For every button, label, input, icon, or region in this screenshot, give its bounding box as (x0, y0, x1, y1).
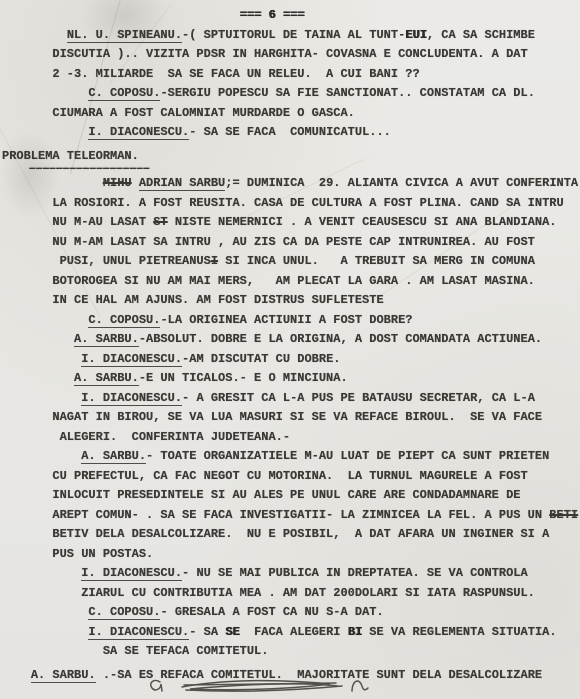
text-line: BOTOROGEA SI NU AM MAI MERS, AM PLECAT L… (2, 272, 580, 292)
text-line: 2 -3. MILIARDE SA SE FACA UN RELEU. A CU… (2, 65, 580, 85)
text-run (2, 605, 88, 619)
text-run: NU M-AU LASAT (2, 215, 153, 229)
text-run: NU M-AM LASAT SA INTRU , AU ZIS CA DA PE… (2, 235, 535, 249)
speaker-name: C. COPOSU. (88, 86, 160, 101)
text-run: PROBLEMA TELEORMAN. (2, 149, 139, 163)
text-line: MIHU ADRIAN SARBU;= DUMINICA 29. ALIANTA… (2, 174, 580, 194)
struck-text: BETI (549, 508, 578, 522)
text-run (2, 176, 103, 190)
text-line: NU M-AM LASAT SA INTRU , AU ZIS CA DA PE… (2, 233, 580, 253)
text-run: LA ROSIORI. A FOST REUSITA. CASA DE CULT… (2, 196, 564, 210)
text-run: -LA ORIGINEA ACTIUNII A FOST DOBRE? (160, 313, 412, 327)
text-run: INLOCUIT PRESEDINTELE SI AU ALES PE UNUL… (2, 488, 520, 502)
text-run: -ABSOLUT. DOBRE E LA ORIGINA, A DOST COM… (139, 332, 542, 346)
speaker-name: I. DIACONESCU. (81, 352, 182, 367)
speaker-name: I. DIACONESCU. (88, 125, 189, 140)
text-run: - SA SE FACA COMUNICATUL... (189, 125, 391, 139)
speaker-name: NL. U. SPINEANU. (67, 28, 182, 43)
text-run: FACA ALEGERI (240, 625, 348, 639)
text-run: CU PREFECTUL, CA FAC NEGOT CU MOTORINA. … (2, 469, 528, 483)
text-line: A. SARBU.-E UN TICALOS.- E O MINCIUNA. (2, 369, 580, 389)
text-run: -( SPTUITORUL DE TAINA AL TUNT- (182, 28, 405, 42)
overstruck-text: BI (348, 625, 362, 639)
text-line: CIUMARA A FOST CALOMNIAT MURDARDE O GASC… (2, 104, 580, 124)
text-line: SA SE TEFACA COMITETUL. (2, 642, 580, 662)
text-run: - NU SE MAI PUBLICA IN DREPTATEA. SE VA … (182, 566, 528, 580)
text-run (2, 391, 81, 405)
text-run: IN CE HAL AM AJUNS. AM FOST DISTRUS SUFL… (2, 293, 384, 307)
text-line: DISCUTIA ).. VIZITA PDSR IN HARGHITA- CO… (2, 45, 580, 65)
text-run (2, 449, 81, 463)
text-run (2, 125, 88, 139)
text-line: IN CE HAL AM AJUNS. AM FOST DISTRUS SUFL… (2, 291, 580, 311)
text-run (2, 86, 88, 100)
text-run: ================== (2, 166, 149, 174)
handwritten-scribble (0, 670, 580, 699)
text-line: LA ROSIORI. A FOST REUSITA. CASA DE CULT… (2, 194, 580, 214)
text-run (2, 352, 81, 366)
text-run: BOTOROGEA SI NU AM MAI MERS, AM PLECAT L… (2, 274, 535, 288)
text-line: NL. U. SPINEANU.-( SPTUITORUL DE TAINA A… (2, 26, 580, 46)
text-line: PUS UN POSTAS. (2, 545, 580, 565)
text-run (2, 371, 74, 385)
speaker-name: C. COPOSU. (88, 605, 160, 620)
text-run: NISTE NEMERNICI . A VENIT CEAUSESCU SI A… (168, 215, 557, 229)
speaker-name: C. COPOSU. (88, 313, 160, 328)
speaker-name: I. DIACONESCU. (81, 391, 182, 406)
text-run: ZIARUL CU CONTRIBUTIA MEA . AM DAT 200DO… (2, 586, 535, 600)
text-run (2, 332, 74, 346)
text-line: BETIV DELA DESALCOLIZARE. NU E POSIBIL, … (2, 525, 580, 545)
text-run (2, 625, 88, 639)
text-line: AREPT COMUN- . SA SE FACA INVESTIGATII- … (2, 506, 580, 526)
speaker-name: I. DIACONESCU. (88, 625, 189, 640)
struck-text: I (211, 254, 218, 268)
text-line: I. DIACONESCU.-AM DISCUTAT CU DOBRE. (2, 350, 580, 370)
text-run: DISCUTIA ).. VIZITA PDSR IN HARGHITA- CO… (2, 47, 528, 61)
text-line: I. DIACONESCU.- SA SE FACA ALEGERI BI SE… (2, 623, 580, 643)
section-heading: PROBLEMA TELEORMAN. (2, 147, 580, 167)
text-line: ZIARUL CU CONTRIBUTIA MEA . AM DAT 200DO… (2, 584, 580, 604)
text-run (2, 566, 81, 580)
text-line: C. COPOSU.-SERGIU POPESCU SA FIE SANCTIO… (2, 84, 580, 104)
struck-text: ST (153, 215, 167, 229)
text-run: -E UN TICALOS.- E O MINCIUNA. (139, 371, 348, 385)
page-number-header: === 6 === (2, 6, 580, 26)
text-line: C. COPOSU.- GRESALA A FOST CA NU S-A DAT… (2, 603, 580, 623)
text-run: ;= DUMINICA 29. ALIANTA CIVICA A AVUT CO… (225, 176, 580, 190)
document-page: === 6 === NL. U. SPINEANU.-( SPTUITORUL … (0, 0, 580, 699)
text-line: I. DIACONESCU.- NU SE MAI PUBLICA IN DRE… (2, 564, 580, 584)
text-line: INLOCUIT PRESEDINTELE SI AU ALES PE UNUL… (2, 486, 580, 506)
text-run: - A GRESIT CA L-A PUS PE BATAUSU SECRETA… (182, 391, 535, 405)
text-run: -SERGIU POPESCU SA FIE SANCTIONAT.. CONS… (160, 86, 534, 100)
text-run: NAGAT IN BIROU, SE VA LUA MASURI SI SE V… (2, 410, 542, 424)
speaker-name: A. SARBU. (74, 371, 139, 386)
struck-text: MIHU (103, 176, 132, 190)
text-run: -AM DISCUTAT CU DOBRE. (182, 352, 340, 366)
speaker-name: I. DIACONESCU. (81, 566, 182, 581)
text-run: PUS UN POSTAS. (2, 547, 153, 561)
text-block: === 6 === NL. U. SPINEANU.-( SPTUITORUL … (2, 6, 580, 685)
text-run: , CA SA SCHIMBE (427, 28, 535, 42)
text-run (2, 28, 67, 42)
overstruck-text: SE (225, 625, 239, 639)
text-line: ALEGERI. CONFERINTA JUDETEANA.- (2, 428, 580, 448)
text-run (2, 313, 88, 327)
text-run: - SA (189, 625, 225, 639)
speaker-name: A. SARBU. (81, 449, 146, 464)
text-line: PUSI, UNUL PIETREANUSI SI INCA UNUL. A T… (2, 252, 580, 272)
text-run: BETIV DELA DESALCOLIZARE. NU E POSIBIL, … (2, 527, 549, 541)
text-line: NAGAT IN BIROU, SE VA LUA MASURI SI SE V… (2, 408, 580, 428)
text-line: C. COPOSU.-LA ORIGINEA ACTIUNII A FOST D… (2, 311, 580, 331)
text-line: A. SARBU.- TOATE ORGANIZATIELE M-AU LUAT… (2, 447, 580, 467)
speaker-name: ADRIAN SARBU (139, 176, 225, 191)
text-line: I. DIACONESCU.- A GRESIT CA L-A PUS PE B… (2, 389, 580, 409)
text-run: SI INCA UNUL. A TREBUIT SA MERG IN COMUN… (218, 254, 535, 268)
text-run: 2 -3. MILIARDE SA SE FACA UN RELEU. A CU… (2, 67, 420, 81)
heading-underline: ================== (2, 166, 580, 174)
text-line: A. SARBU.-ABSOLUT. DOBRE E LA ORIGINA, A… (2, 330, 580, 350)
text-run: SA SE TEFACA COMITETUL. (2, 644, 268, 658)
overstruck-text: EUI (405, 28, 427, 42)
text-run: - TOATE ORGANIZATIELE M-AU LUAT DE PIEPT… (146, 449, 549, 463)
text-run (132, 176, 139, 190)
text-line: I. DIACONESCU.- SA SE FACA COMUNICATUL..… (2, 123, 580, 143)
speaker-name: A. SARBU. (74, 332, 139, 347)
text-run: AREPT COMUN- . SA SE FACA INVESTIGATII- … (2, 508, 549, 522)
text-line: NU M-AU LASAT ST NISTE NEMERNICI . A VEN… (2, 213, 580, 233)
text-run: ALEGERI. CONFERINTA JUDETEANA.- (2, 430, 290, 444)
overstruck-text: === 6 === (2, 8, 304, 22)
text-run: CIUMARA A FOST CALOMNIAT MURDARDE O GASC… (2, 106, 355, 120)
text-run: PUSI, UNUL PIETREANUS (2, 254, 211, 268)
text-run: SE VA REGLEMENTA SITUATIA. (362, 625, 556, 639)
text-line: CU PREFECTUL, CA FAC NEGOT CU MOTORINA. … (2, 467, 580, 487)
text-run: - GRESALA A FOST CA NU S-A DAT. (160, 605, 383, 619)
